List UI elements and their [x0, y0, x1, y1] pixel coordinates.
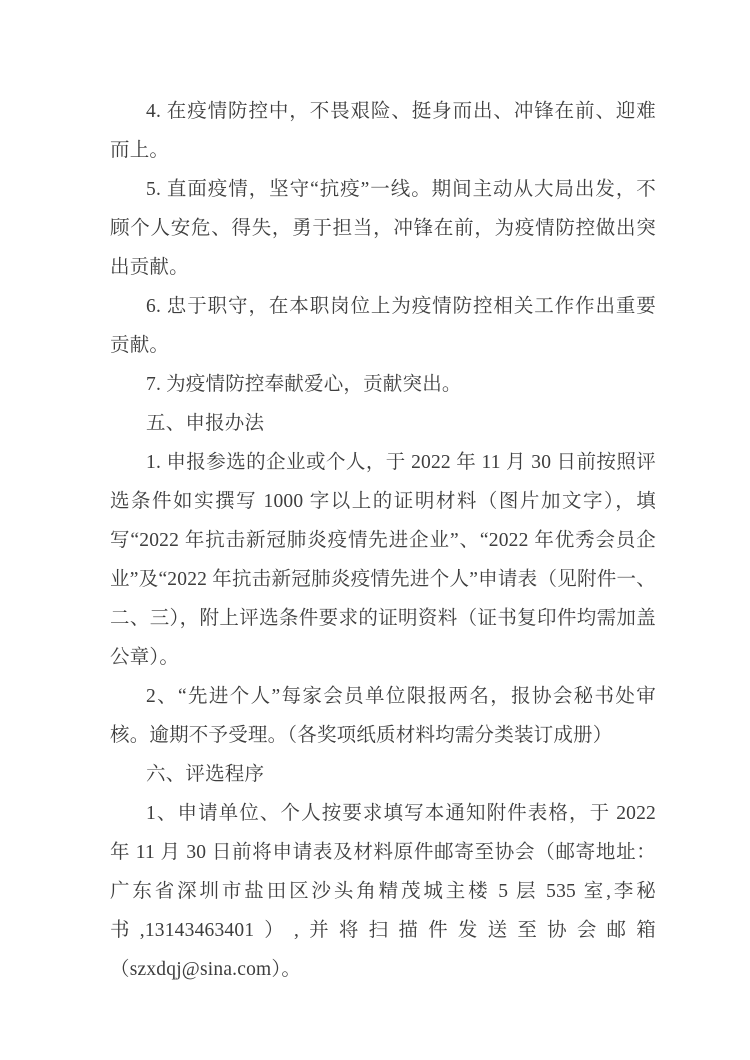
- list-item-6: 6. 忠于职守，在本职岗位上为疫情防控相关工作作出重要贡献。: [110, 287, 656, 365]
- selection-procedure-item-1: 1、申请单位、个人按要求填写本通知附件表格，于 2022 年 11 月 30 日…: [110, 794, 656, 989]
- document-content: 4. 在疫情防控中，不畏艰险、挺身而出、冲锋在前、迎难而上。 5. 直面疫情，坚…: [110, 92, 656, 989]
- application-method-item-1: 1. 申报参选的企业或个人，于 2022 年 11 月 30 日前按照评选条件如…: [110, 443, 656, 677]
- list-item-5: 5. 直面疫情，坚守“抗疫”一线。期间主动从大局出发，不顾个人安危、得失，勇于担…: [110, 170, 656, 287]
- section-heading-selection-procedure: 六、评选程序: [110, 755, 656, 794]
- application-method-item-2: 2、“先进个人”每家会员单位限报两名，报协会秘书处审核。逾期不予受理。（各奖项纸…: [110, 677, 656, 755]
- document-page: { "page": { "background": "#ffffff", "te…: [0, 0, 750, 1060]
- list-item-4: 4. 在疫情防控中，不畏艰险、挺身而出、冲锋在前、迎难而上。: [110, 92, 656, 170]
- section-heading-application-method: 五、申报办法: [110, 404, 656, 443]
- page: 4. 在疫情防控中，不畏艰险、挺身而出、冲锋在前、迎难而上。 5. 直面疫情，坚…: [0, 0, 750, 1060]
- list-item-7: 7. 为疫情防控奉献爱心，贡献突出。: [110, 365, 656, 404]
